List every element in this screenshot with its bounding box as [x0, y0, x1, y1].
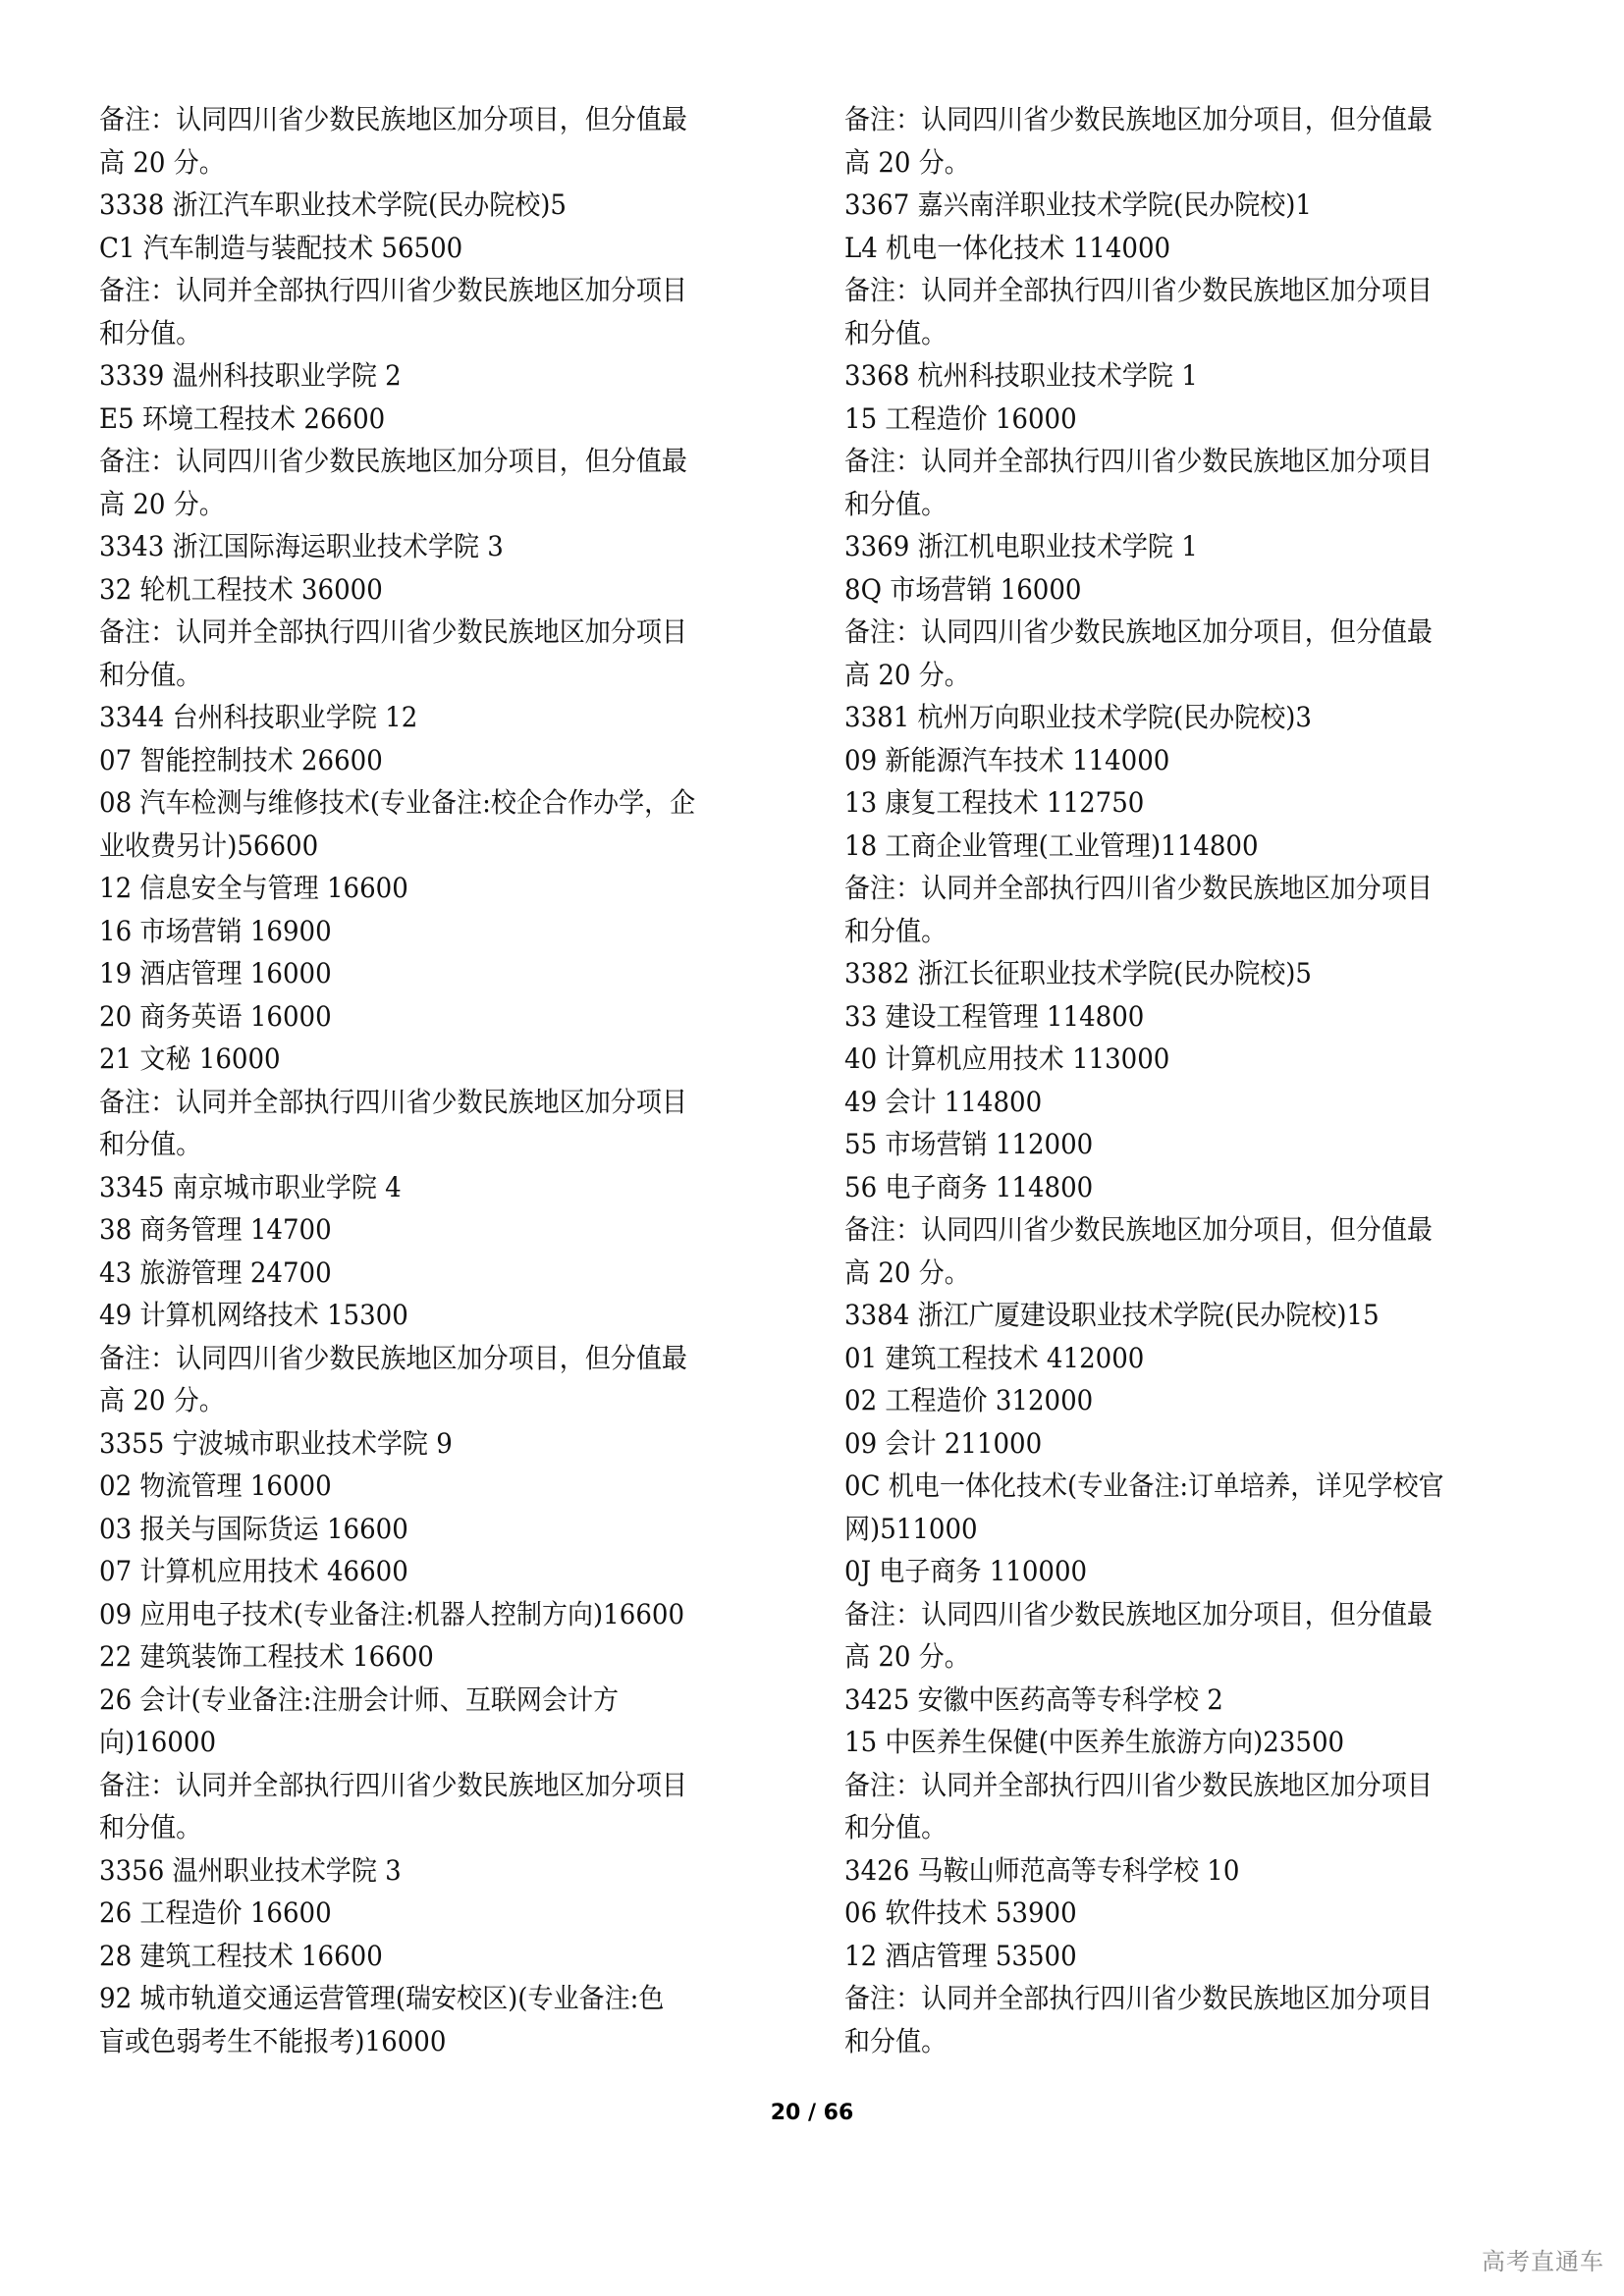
text-line: 备注：认同并全部执行四川省少数民族地区加分项目 [844, 1977, 1502, 2020]
text-line: 28 建筑工程技术 16600 [99, 1935, 757, 1978]
text-line: 备注：认同并全部执行四川省少数民族地区加分项目 [844, 1764, 1502, 1807]
text-line: 09 会计 211000 [844, 1422, 1502, 1466]
text-line: 8Q 市场营销 16000 [844, 568, 1502, 612]
text-line: 49 会计 114800 [844, 1081, 1502, 1124]
text-line: 02 物流管理 16000 [99, 1465, 757, 1508]
text-line: 3339 温州科技职业学院 2 [99, 354, 757, 398]
text-line: 12 酒店管理 53500 [844, 1935, 1502, 1978]
text-line: 备注：认同四川省少数民族地区加分项目，但分值最 [99, 440, 757, 483]
text-line: C1 汽车制造与装配技术 56500 [99, 227, 757, 270]
text-line: 01 建筑工程技术 412000 [844, 1337, 1502, 1380]
text-line: 33 建设工程管理 114800 [844, 995, 1502, 1039]
text-line: 19 酒店管理 16000 [99, 952, 757, 995]
text-line: 43 旅游管理 24700 [99, 1252, 757, 1295]
text-line: 备注：认同四川省少数民族地区加分项目，但分值最 [99, 98, 757, 141]
text-line: 0J 电子商务 110000 [844, 1550, 1502, 1593]
text-line: 26 会计(专业备注:注册会计师、互联网会计方 [99, 1679, 757, 1722]
text-line: 备注：认同四川省少数民族地区加分项目，但分值最 [844, 1593, 1502, 1636]
text-line: 业收费另计)56600 [99, 825, 757, 868]
text-line: 高 20 分。 [99, 483, 757, 526]
text-line: 盲或色弱考生不能报考)16000 [99, 2020, 757, 2063]
text-line: 20 商务英语 16000 [99, 995, 757, 1039]
text-line: 和分值。 [99, 654, 757, 697]
text-line: 21 文秘 16000 [99, 1038, 757, 1081]
text-line: 3381 杭州万向职业技术学院(民办院校)3 [844, 696, 1502, 739]
text-line: 3343 浙江国际海运职业技术学院 3 [99, 525, 757, 568]
document-page: 备注：认同四川省少数民族地区加分项目，但分值最高 20 分。3338 浙江汽车职… [0, 0, 1624, 2296]
text-line: 26 工程造价 16600 [99, 1892, 757, 1935]
page-number: 20 / 66 [0, 2101, 1624, 2125]
text-line: 08 汽车检测与维修技术(专业备注:校企合作办学，企 [99, 781, 757, 825]
text-line: 和分值。 [844, 910, 1502, 953]
watermark-label: 高考直通车 [1482, 2242, 1604, 2276]
text-line: 3367 嘉兴南洋职业技术学院(民办院校)1 [844, 184, 1502, 227]
text-line: 92 城市轨道交通运营管理(瑞安校区)(专业备注:色 [99, 1977, 757, 2020]
text-line: 03 报关与国际货运 16600 [99, 1508, 757, 1551]
text-line: 备注：认同并全部执行四川省少数民族地区加分项目 [844, 867, 1502, 910]
text-line: 备注：认同并全部执行四川省少数民族地区加分项目 [844, 440, 1502, 483]
text-line: 备注：认同并全部执行四川省少数民族地区加分项目 [99, 1081, 757, 1124]
text-line: 18 工商企业管理(工业管理)114800 [844, 825, 1502, 868]
text-line: 16 市场营销 16900 [99, 910, 757, 953]
text-line: 高 20 分。 [99, 141, 757, 185]
text-line: 和分值。 [844, 312, 1502, 355]
text-line: 15 中医养生保健(中医养生旅游方向)23500 [844, 1721, 1502, 1764]
text-line: 高 20 分。 [99, 1379, 757, 1422]
text-line: 07 智能控制技术 26600 [99, 739, 757, 782]
text-line: 3384 浙江广厦建设职业技术学院(民办院校)15 [844, 1294, 1502, 1337]
text-line: 3356 温州职业技术学院 3 [99, 1849, 757, 1893]
text-line: 3425 安徽中医药高等专科学校 2 [844, 1679, 1502, 1722]
text-line: 3426 马鞍山师范高等专科学校 10 [844, 1849, 1502, 1893]
text-line: 13 康复工程技术 112750 [844, 781, 1502, 825]
text-line: 和分值。 [844, 2020, 1502, 2063]
text-line: 备注：认同四川省少数民族地区加分项目，但分值最 [844, 1208, 1502, 1252]
text-line: 和分值。 [844, 483, 1502, 526]
text-line: 22 建筑装饰工程技术 16600 [99, 1635, 757, 1679]
text-line: 56 电子商务 114800 [844, 1166, 1502, 1209]
text-line: 09 应用电子技术(专业备注:机器人控制方向)16600 [99, 1593, 757, 1636]
text-line: 备注：认同四川省少数民族地区加分项目，但分值最 [844, 611, 1502, 654]
text-line: 09 新能源汽车技术 114000 [844, 739, 1502, 782]
text-line: 32 轮机工程技术 36000 [99, 568, 757, 612]
text-line: 3355 宁波城市职业技术学院 9 [99, 1422, 757, 1466]
text-line: 高 20 分。 [844, 141, 1502, 185]
text-line: 备注：认同并全部执行四川省少数民族地区加分项目 [844, 269, 1502, 312]
text-line: 38 商务管理 14700 [99, 1208, 757, 1252]
text-line: 06 软件技术 53900 [844, 1892, 1502, 1935]
text-line: 3369 浙江机电职业技术学院 1 [844, 525, 1502, 568]
right-column: 备注：认同四川省少数民族地区加分项目，但分值最高 20 分。3367 嘉兴南洋职… [844, 98, 1551, 2062]
text-line: 备注：认同四川省少数民族地区加分项目，但分值最 [844, 98, 1502, 141]
text-line: 3345 南京城市职业学院 4 [99, 1166, 757, 1209]
text-line: 网)511000 [844, 1508, 1502, 1551]
text-line: 和分值。 [99, 312, 757, 355]
text-line: 备注：认同四川省少数民族地区加分项目，但分值最 [99, 1337, 757, 1380]
text-line: 15 工程造价 16000 [844, 398, 1502, 441]
text-line: 和分值。 [844, 1806, 1502, 1849]
text-line: 备注：认同并全部执行四川省少数民族地区加分项目 [99, 269, 757, 312]
text-line: 12 信息安全与管理 16600 [99, 867, 757, 910]
text-line: 3368 杭州科技职业技术学院 1 [844, 354, 1502, 398]
text-line: 高 20 分。 [844, 1635, 1502, 1679]
text-line: E5 环境工程技术 26600 [99, 398, 757, 441]
text-line: 向)16000 [99, 1721, 757, 1764]
text-line: 备注：认同并全部执行四川省少数民族地区加分项目 [99, 1764, 757, 1807]
text-line: 49 计算机网络技术 15300 [99, 1294, 757, 1337]
text-line: 3382 浙江长征职业技术学院(民办院校)5 [844, 952, 1502, 995]
text-line: 和分值。 [99, 1806, 757, 1849]
text-line: 和分值。 [99, 1123, 757, 1166]
text-line: 55 市场营销 112000 [844, 1123, 1502, 1166]
text-line: 高 20 分。 [844, 654, 1502, 697]
text-line: 07 计算机应用技术 46600 [99, 1550, 757, 1593]
text-line: 0C 机电一体化技术(专业备注:订单培养，详见学校官 [844, 1465, 1502, 1508]
text-line: 40 计算机应用技术 113000 [844, 1038, 1502, 1081]
text-line: 备注：认同并全部执行四川省少数民族地区加分项目 [99, 611, 757, 654]
text-line: 02 工程造价 312000 [844, 1379, 1502, 1422]
text-line: 3344 台州科技职业学院 12 [99, 696, 757, 739]
text-line: 3338 浙江汽车职业技术学院(民办院校)5 [99, 184, 757, 227]
text-line: 高 20 分。 [844, 1252, 1502, 1295]
left-column: 备注：认同四川省少数民族地区加分项目，但分值最高 20 分。3338 浙江汽车职… [99, 98, 806, 2062]
text-line: L4 机电一体化技术 114000 [844, 227, 1502, 270]
